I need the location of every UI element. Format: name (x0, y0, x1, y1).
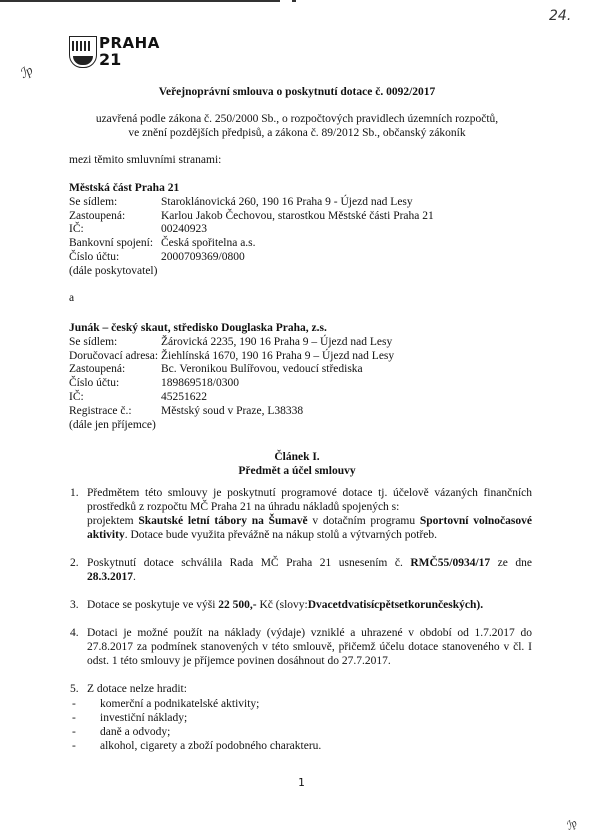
list-item: -alkohol, cigarety a zboží podobného cha… (70, 739, 532, 753)
provider-row: Se sídlem:Staroklánovická 260, 190 16 Pr… (69, 196, 434, 210)
parties-intro: mezi těmito smluvními stranami: (69, 154, 221, 166)
field-label: Zastoupená: (69, 210, 161, 224)
provider-note: (dále poskytovatel) (69, 265, 434, 279)
field-value: Žiehlínská 1670, 190 16 Praha 9 – Újezd … (161, 350, 394, 364)
resolution-date: 28.3.2017 (87, 571, 133, 583)
clause-text: projektem (87, 515, 138, 527)
field-label: Registrace č.: (69, 405, 161, 419)
scan-border-line (0, 0, 280, 2)
recipient-row: Se sídlem:Žárovická 2235, 190 16 Praha 9… (69, 336, 394, 350)
recipient-row: IČ:45251622 (69, 391, 394, 405)
recipient-name: Junák – český skaut, středisko Douglaska… (69, 322, 394, 336)
and-connector: a (69, 292, 74, 304)
subtitle-line: ve znění pozdějších předpisů, a zákona č… (0, 126, 594, 140)
page-number: 1 (298, 776, 305, 789)
field-value: 2000709369/0800 (161, 251, 245, 265)
field-value: 00240923 (161, 223, 207, 237)
logo-text-praha: PRAHA (99, 36, 160, 51)
field-label: Číslo účtu: (69, 251, 161, 265)
field-label: Doručovací adresa: (69, 350, 161, 364)
list-item: -investiční náklady; (70, 711, 532, 725)
clause-4: 4. Dotaci je možné použít na náklady (vý… (70, 626, 532, 668)
clause-text: ze dne (490, 557, 532, 569)
excluded-costs-list: -komerční a podnikatelské aktivity; -inv… (70, 697, 532, 753)
resolution-number: RMČ55/0934/17 (410, 557, 490, 569)
grant-amount: 22 500,- (218, 599, 256, 611)
list-item-text: daně a odvody; (100, 725, 170, 739)
field-value: 45251622 (161, 391, 207, 405)
article-number: Článek I. (0, 450, 594, 464)
recipient-row: Zastoupená:Bc. Veronikou Bulířovou, vedo… (69, 363, 394, 377)
clause-text: . (133, 571, 136, 583)
field-value: Městský soud v Praze, L38338 (161, 405, 303, 419)
field-label: Zastoupená: (69, 363, 161, 377)
clause-number: 2. (70, 556, 87, 584)
provider-row: Číslo účtu:2000709369/0800 (69, 251, 434, 265)
handwritten-page-number: 24. (549, 8, 571, 24)
field-label: IČ: (69, 391, 161, 405)
list-item-text: investiční náklady; (100, 711, 187, 725)
field-value: Žárovická 2235, 190 16 Praha 9 – Újezd n… (161, 336, 392, 350)
clause-text: Dotaci je možné použít na náklady (výdaj… (87, 626, 532, 668)
handwritten-initials: ℐp (17, 62, 36, 82)
list-item-text: alkohol, cigarety a zboží podobného char… (100, 739, 321, 753)
article-items: 1. Předmětem této smlouvy je poskytnutí … (70, 486, 532, 767)
list-item: -komerční a podnikatelské aktivity; (70, 697, 532, 711)
clause-text: Z dotace nelze hradit: (87, 682, 532, 696)
field-value: Česká spořitelna a.s. (161, 237, 256, 251)
recipient-row: Číslo účtu:189869518/0300 (69, 377, 394, 391)
clause-text: v dotačním programu (308, 515, 420, 527)
logo-text-21: 21 (99, 52, 160, 68)
field-label: Bankovní spojení: (69, 237, 161, 251)
recipient-block: Junák – český skaut, středisko Douglaska… (69, 322, 394, 432)
field-value: Karlou Jakob Čechovou, starostkou Městsk… (161, 210, 434, 224)
clause-number: 3. (70, 598, 87, 612)
clause-3: 3. Dotace se poskytuje ve výši 22 500,- … (70, 598, 532, 612)
clause-number: 1. (70, 486, 87, 542)
document-subtitle: uzavřená podle zákona č. 250/2000 Sb., o… (0, 112, 594, 140)
list-item-text: komerční a podnikatelské aktivity; (100, 697, 259, 711)
field-label: Se sídlem: (69, 196, 161, 210)
handwritten-initials: ℐp (563, 816, 579, 833)
provider-row: IČ:00240923 (69, 223, 434, 237)
subtitle-line: uzavřená podle zákona č. 250/2000 Sb., o… (0, 112, 594, 126)
field-label: Číslo účtu: (69, 377, 161, 391)
praha-21-logo: PRAHA 21 (69, 36, 160, 68)
provider-row: Zastoupená:Karlou Jakob Čechovou, staros… (69, 210, 434, 224)
field-label: Se sídlem: (69, 336, 161, 350)
coat-of-arms-icon (69, 36, 97, 68)
amount-in-words: Dvacetdvatisícpětsetkorunčeských). (308, 599, 483, 611)
provider-block: Městská část Praha 21 Se sídlem:Staroklá… (69, 182, 434, 279)
article-title: Předmět a účel smlouvy (0, 464, 594, 478)
recipient-note: (dále jen příjemce) (69, 419, 394, 433)
field-label: IČ: (69, 223, 161, 237)
article-heading: Článek I. Předmět a účel smlouvy (0, 450, 594, 478)
clause-2: 2. Poskytnutí dotace schválila Rada MČ P… (70, 556, 532, 584)
recipient-row: Registrace č.:Městský soud v Praze, L383… (69, 405, 394, 419)
provider-name: Městská část Praha 21 (69, 182, 434, 196)
field-value: Staroklánovická 260, 190 16 Praha 9 - Új… (161, 196, 413, 210)
field-value: Bc. Veronikou Bulířovou, vedoucí středis… (161, 363, 363, 377)
document-title: Veřejnoprávní smlouva o poskytnutí dotac… (0, 86, 594, 98)
clause-1: 1. Předmětem této smlouvy je poskytnutí … (70, 486, 532, 542)
clause-text: . Dotace bude využita převážně na nákup … (125, 529, 437, 541)
provider-row: Bankovní spojení:Česká spořitelna a.s. (69, 237, 434, 251)
recipient-row: Doručovací adresa:Žiehlínská 1670, 190 1… (69, 350, 394, 364)
field-value: 189869518/0300 (161, 377, 239, 391)
scan-border-line (292, 0, 296, 2)
clause-text: Kč (slovy: (257, 599, 308, 611)
clause-text: Předmětem této smlouvy je poskytnutí pro… (87, 487, 532, 513)
project-name: Skautské letní tábory na Šumavě (138, 515, 307, 527)
list-item: -daně a odvody; (70, 725, 532, 739)
clause-text: Dotace se poskytuje ve výši (87, 599, 218, 611)
clause-5: 5. Z dotace nelze hradit: -komerční a po… (70, 682, 532, 753)
clause-text: Poskytnutí dotace schválila Rada MČ Prah… (87, 557, 410, 569)
clause-number: 4. (70, 626, 87, 668)
